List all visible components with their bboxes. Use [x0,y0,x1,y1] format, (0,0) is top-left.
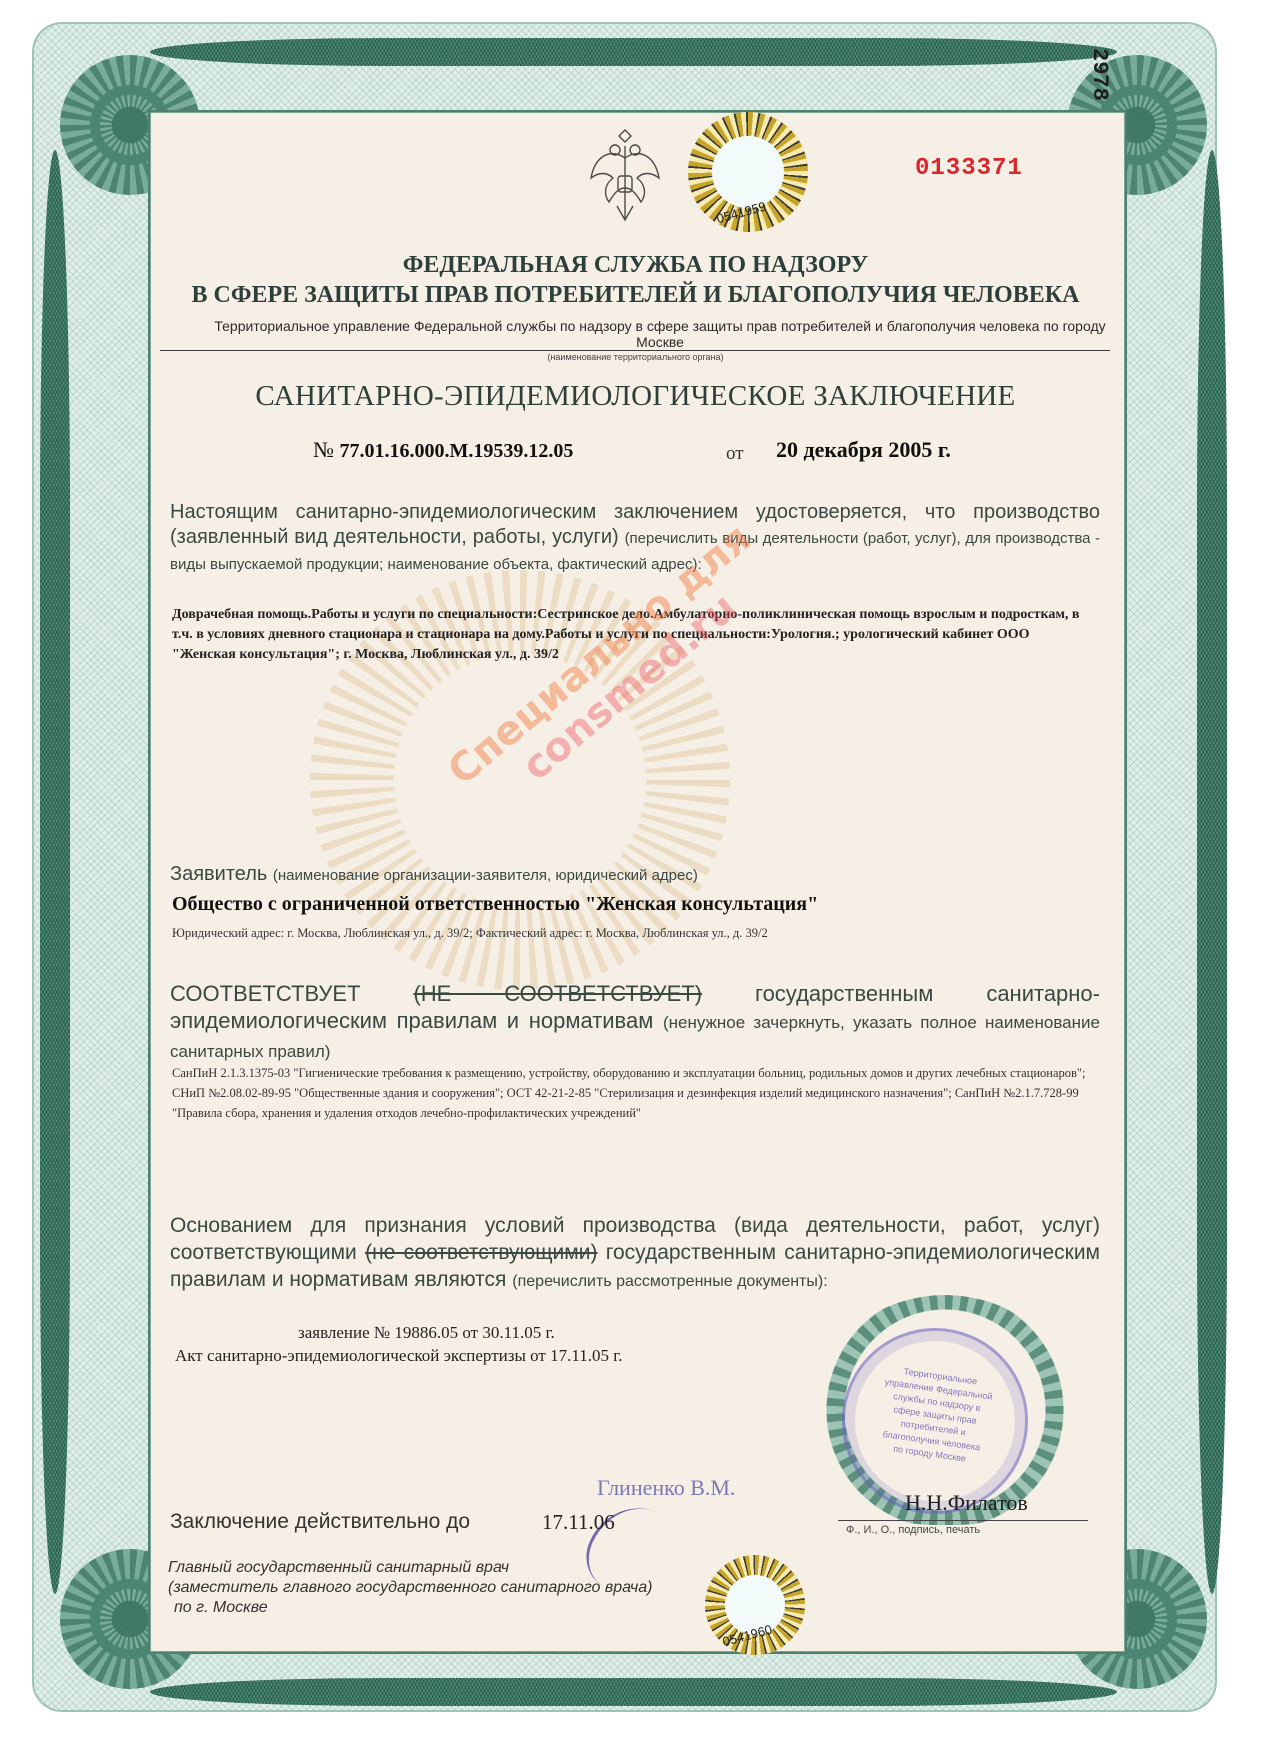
signature-name-stamp: Глиненко В.М. [597,1475,735,1501]
basis-document-2: Акт санитарно-эпидемиологической эксперт… [175,1346,623,1366]
chief-line2: (заместитель главного государственного с… [168,1578,652,1598]
chief-line3: по г. Москве [168,1598,652,1618]
document-number: № 77.01.16.000.М.19539.12.05 [313,437,573,463]
applicant-address: Юридический адрес: г. Москва, Люблинская… [172,923,1122,943]
basis-struck: (не соответствующими) [365,1241,597,1264]
applicant-hint: (наименование организации-заявителя, юри… [273,867,698,884]
certifies-paragraph: Настоящим санитарно-эпидемиологическим з… [170,500,1100,577]
divider [160,350,1110,351]
signatory-name: Н.Н.Филатов [905,1490,1028,1516]
agency-name-line1: ФЕДЕРАЛЬНАЯ СЛУЖБА ПО НАДЗОРУ [148,252,1123,279]
conformity-struck-status: (НЕ СООТВЕТСТВУЕТ) [413,981,702,1006]
signature-line [838,1520,1088,1521]
number-value: 77.01.16.000.М.19539.12.05 [340,440,574,462]
chief-line1: Главный государственный санитарный врач [168,1558,652,1578]
document-date: 20 декабря 2005 г. [776,437,951,463]
frame-band-left [40,150,70,1594]
conformity-status: СООТВЕТСТВУЕТ [170,981,360,1006]
serial-number: 0133371 [915,155,1023,182]
validity-label: Заключение действительно до [170,1510,470,1534]
agency-name-line2: В СФЕРЕ ЗАЩИТЫ ПРАВ ПОТРЕБИТЕЛЕЙ И БЛАГО… [148,282,1123,309]
basis-document-1: заявление № 19886.05 от 30.11.05 г. [298,1323,555,1343]
seal-text: Территориальное управление Федеральной с… [874,1363,996,1468]
frame-band-top [150,38,1117,66]
territorial-body: Территориальное управление Федеральной с… [190,318,1130,350]
validity-date: 17.11.06 [542,1510,615,1535]
side-number: 2978 [1087,48,1112,101]
applicant-name: Общество с ограниченной ответственностью… [172,893,818,916]
applicant-label: Заявитель [170,863,267,885]
territorial-caption: (наименование территориального органа) [148,352,1123,362]
conformity-paragraph: СООТВЕТСТВУЕТ (НЕ СООТВЕТСТВУЕТ) государ… [170,980,1100,1065]
applicant-label-row: Заявитель (наименование организации-заяв… [170,862,1100,888]
number-prefix: № [313,437,334,462]
frame-band-bottom [150,1678,1117,1706]
signature-caption: Ф., И., О., подпись, печать [846,1524,980,1536]
document-title: САНИТАРНО-ЭПИДЕМИОЛОГИЧЕСКОЕ ЗАКЛЮЧЕНИЕ [148,380,1123,413]
basis-paragraph: Основанием для признания условий произво… [170,1212,1100,1295]
frame-band-right [1197,150,1227,1594]
sanitary-rules-list: СанПиН 2.1.3.1375-03 "Гигиенические треб… [172,1063,1117,1123]
chief-physician-title: Главный государственный санитарный врач … [168,1558,652,1618]
basis-hint: (перечислить рассмотренные документы): [512,1273,827,1290]
double-headed-eagle-emblem-icon [585,128,665,228]
date-prefix: от [726,443,744,465]
